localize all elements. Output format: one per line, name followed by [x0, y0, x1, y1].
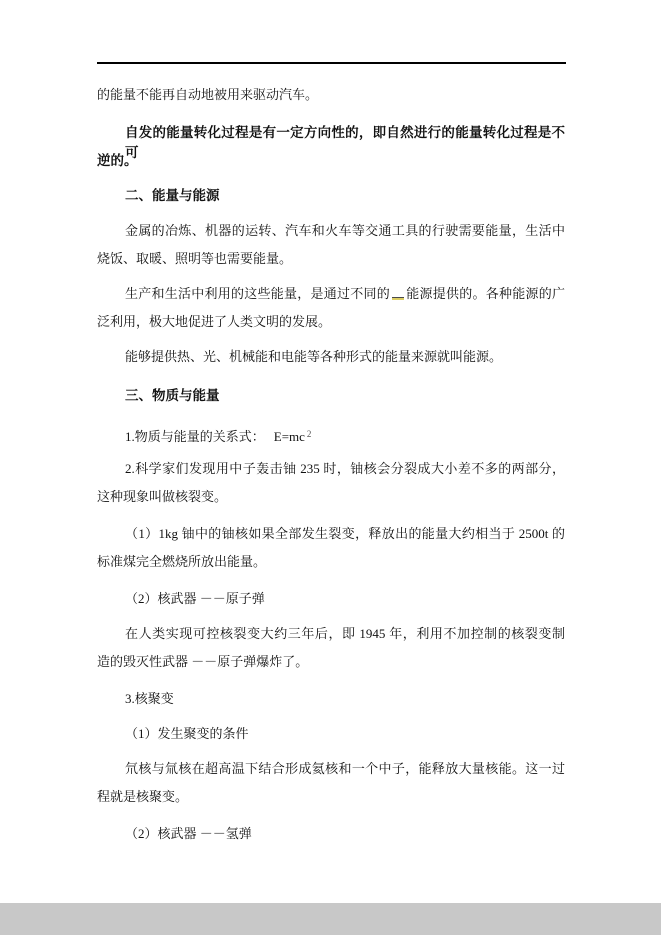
text-part: 生产和生活中利用的这些能量，是通过不同的 — [125, 286, 390, 301]
text-line: 2.科学家们发现用中子轰击铀 235 时，铀核会分裂成大小差不多的两部分， — [97, 459, 565, 479]
text-line: 标准煤完全燃烧所放出能量。 — [97, 552, 565, 572]
text-line: 泛利用，极大地促进了人类文明的发展。 — [97, 312, 565, 332]
page-bottom-gap — [0, 903, 661, 935]
fill-blank-underline — [392, 285, 404, 298]
text-part: 1.物质与能量的关系式： — [125, 429, 265, 444]
text-line: 能够提供热、光、机械能和电能等各种形式的能量来源就叫能源。 — [97, 347, 565, 367]
text-line: （2）核武器 －－氢弹 — [97, 824, 565, 844]
header-rule — [97, 62, 566, 64]
text-line: 在人类实现可控核裂变大约三年后，即 1945 年，利用不加控制的核裂变制 — [97, 624, 565, 644]
text-line: 3.核聚变 — [97, 689, 565, 709]
text-line: 金属的冶炼、机器的运转、汽车和火车等交通工具的行驶需要能量，生活中 — [97, 221, 565, 241]
text-line: 氘核与氚核在超高温下结合形成氦核和一个中子，能释放大量核能。这一过 — [97, 759, 565, 779]
text-part: 能源提供的。各种能源的广 — [406, 286, 565, 301]
text-line: 的能量不能再自动地被用来驱动汽车。 — [97, 85, 565, 105]
text-line: 自发的能量转化过程是有一定方向性的，即自然进行的能量转化过程是不可 — [97, 123, 565, 143]
text-line: （1）1kg 铀中的铀核如果全部发生裂变，释放出的能量大约相当于 2500t 的 — [97, 524, 565, 544]
superscript-exponent: 2 — [307, 429, 312, 439]
text-line: 生产和生活中利用的这些能量，是通过不同的能源提供的。各种能源的广 — [97, 284, 565, 304]
text-line: 这种现象叫做核裂变。 — [97, 487, 565, 507]
text-line: 造的毁灭性武器 －－原子弹爆炸了。 — [97, 652, 565, 672]
document-page: 的能量不能再自动地被用来驱动汽车。自发的能量转化过程是有一定方向性的，即自然进行… — [0, 0, 661, 935]
text-line: 逆的。 — [97, 151, 565, 171]
text-line: 程就是核聚变。 — [97, 787, 565, 807]
text-line: （1）发生聚变的条件 — [97, 724, 565, 744]
text-line: 烧饭、取暖、照明等也需要能量。 — [97, 249, 565, 269]
section-heading: 三、物质与能量 — [97, 386, 565, 406]
section-heading: 二、能量与能源 — [97, 186, 565, 206]
formula-text: E=mc — [274, 429, 305, 444]
text-line: （2）核武器 －－原子弹 — [97, 589, 565, 609]
text-line: 1.物质与能量的关系式：E=mc2 — [97, 424, 565, 444]
